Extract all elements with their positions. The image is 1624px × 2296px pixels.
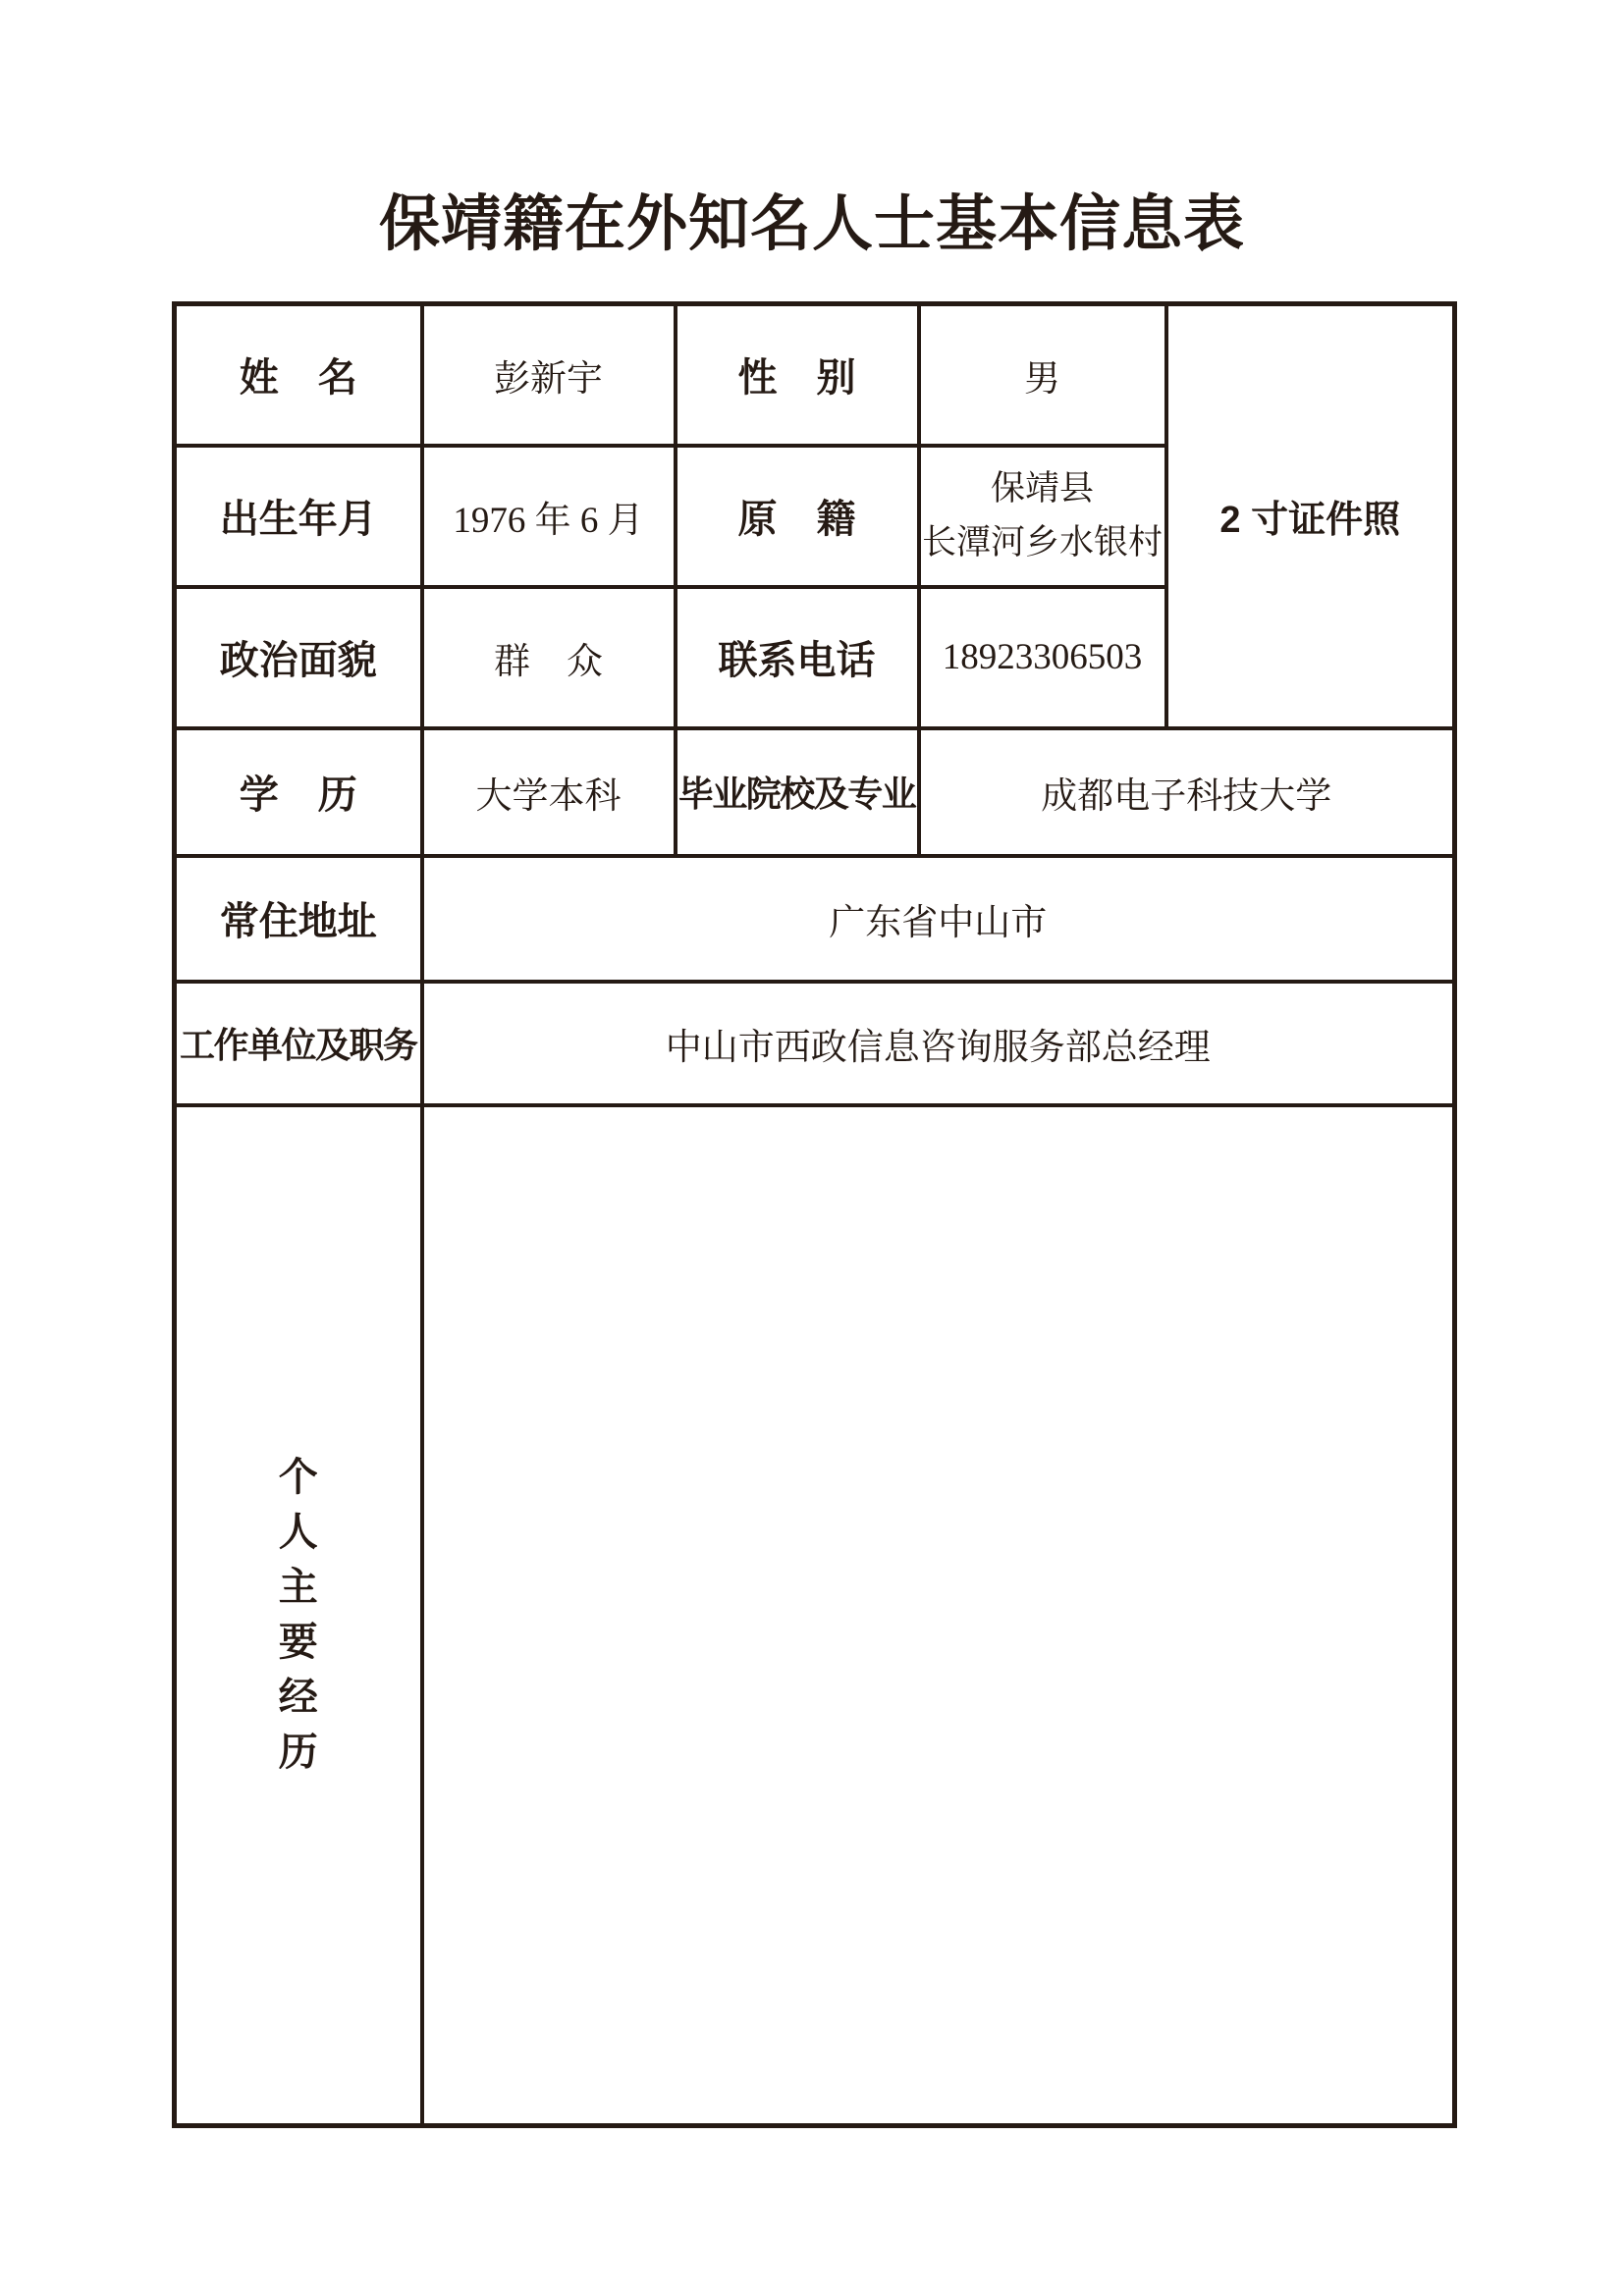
row-education-school: 学 历 大学本科 毕业院校及专业 成都电子科技大学 <box>175 728 1455 856</box>
school-value: 成都电子科技大学 <box>919 728 1455 856</box>
name-value: 彭新宇 <box>422 304 676 446</box>
info-table: 姓 名 彭新宇 性 别 男 2 寸证件照 出生年月 1976 年 6 月 原 籍… <box>172 301 1457 2128</box>
page-title: 保靖籍在外知名人士基本信息表 <box>0 188 1624 261</box>
political-value: 群 众 <box>422 587 676 728</box>
job-label: 工作单位及职务 <box>175 982 422 1105</box>
job-value: 中山市西政信息咨询服务部总经理 <box>422 982 1455 1105</box>
school-label: 毕业院校及专业 <box>676 728 919 856</box>
row-job: 工作单位及职务 中山市西政信息咨询服务部总经理 <box>175 982 1455 1105</box>
education-value: 大学本科 <box>422 728 676 856</box>
row-experience: 个 人 主 要 经 历 <box>175 1105 1455 2126</box>
birth-value: 1976 年 6 月 <box>422 446 676 587</box>
address-label: 常住地址 <box>175 856 422 982</box>
gender-value: 男 <box>919 304 1166 446</box>
origin-value: 保靖县 长潭河乡水银村 <box>919 446 1166 587</box>
education-label: 学 历 <box>175 728 422 856</box>
origin-label: 原 籍 <box>676 446 919 587</box>
phone-label: 联系电话 <box>676 587 919 728</box>
address-value: 广东省中山市 <box>422 856 1455 982</box>
political-label: 政治面貌 <box>175 587 422 728</box>
gender-label: 性 别 <box>676 304 919 446</box>
row-name-gender: 姓 名 彭新宇 性 别 男 2 寸证件照 <box>175 304 1455 446</box>
document-page: 保靖籍在外知名人士基本信息表 姓 名 彭新宇 性 别 男 2 寸证件照 出生年月… <box>0 0 1624 2296</box>
birth-label: 出生年月 <box>175 446 422 587</box>
phone-value: 18923306503 <box>919 587 1166 728</box>
photo-cell: 2 寸证件照 <box>1166 304 1455 728</box>
experience-label: 个 人 主 要 经 历 <box>175 1105 422 2126</box>
row-address: 常住地址 广东省中山市 <box>175 856 1455 982</box>
name-label: 姓 名 <box>175 304 422 446</box>
experience-content <box>422 1105 1455 2126</box>
